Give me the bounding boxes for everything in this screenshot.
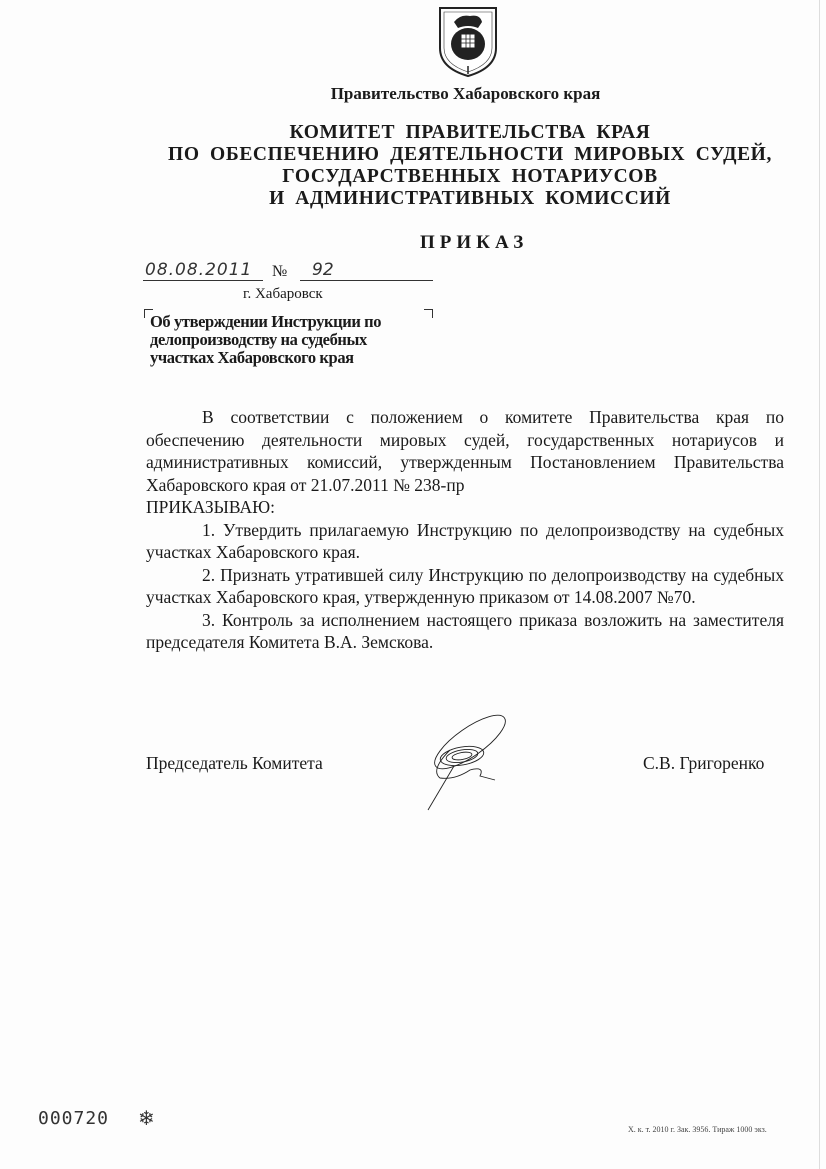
order-subject: Об утверждении Инструкции по делопроизво…: [150, 313, 410, 367]
print-info: Х. к. т. 2010 г. Зак. 3956. Тираж 1000 э…: [628, 1125, 767, 1134]
order-date: 08.08.2011: [145, 260, 252, 280]
order-word: ПРИКАЗЫВАЮ:: [146, 496, 784, 519]
date-underline: [143, 280, 263, 281]
order-item-3: 3. Контроль за исполнением настоящего пр…: [146, 609, 784, 654]
government-title: Правительство Хабаровского края: [0, 84, 826, 104]
committee-line: КОМИТЕТ ПРАВИТЕЛЬСТВА КРАЯ: [140, 122, 800, 144]
snowflake-icon: ❄: [138, 1106, 155, 1131]
subject-line: участках Хабаровского края: [150, 349, 410, 367]
handwritten-signature-icon: [410, 700, 550, 830]
signatory-name: С.В. Григоренко: [643, 753, 764, 774]
form-serial-number: 000720: [38, 1108, 109, 1129]
signatory-title: Председатель Комитета: [146, 753, 323, 774]
subject-line: Об утверждении Инструкции по: [150, 313, 410, 331]
document-type: ПРИКАЗ: [420, 232, 528, 254]
coat-of-arms-icon: [436, 4, 500, 78]
order-item-1: 1. Утвердить прилагаемую Инструкцию по д…: [146, 519, 784, 564]
subject-line: делопроизводству на судебных: [150, 331, 410, 349]
committee-line: И АДМИНИСТРАТИВНЫХ КОМИССИЙ: [140, 188, 800, 210]
order-body: В соответствии с положением о комитете П…: [146, 406, 784, 654]
number-underline: [300, 280, 433, 281]
order-city: г. Хабаровск: [243, 286, 323, 303]
committee-line: ГОСУДАРСТВЕННЫХ НОТАРИУСОВ: [140, 166, 800, 188]
order-number: 92: [312, 260, 334, 280]
subject-corner-right: [424, 309, 433, 318]
scan-edge: [819, 0, 820, 1169]
committee-line: ПО ОБЕСПЕЧЕНИЮ ДЕЯТЕЛЬНОСТИ МИРОВЫХ СУДЕ…: [140, 144, 800, 166]
committee-name: КОМИТЕТ ПРАВИТЕЛЬСТВА КРАЯ ПО ОБЕСПЕЧЕНИ…: [140, 122, 800, 210]
preamble: В соответствии с положением о комитете П…: [146, 406, 784, 496]
number-sign: №: [272, 263, 287, 281]
order-item-2: 2. Признать утратившей силу Инструкцию п…: [146, 564, 784, 609]
